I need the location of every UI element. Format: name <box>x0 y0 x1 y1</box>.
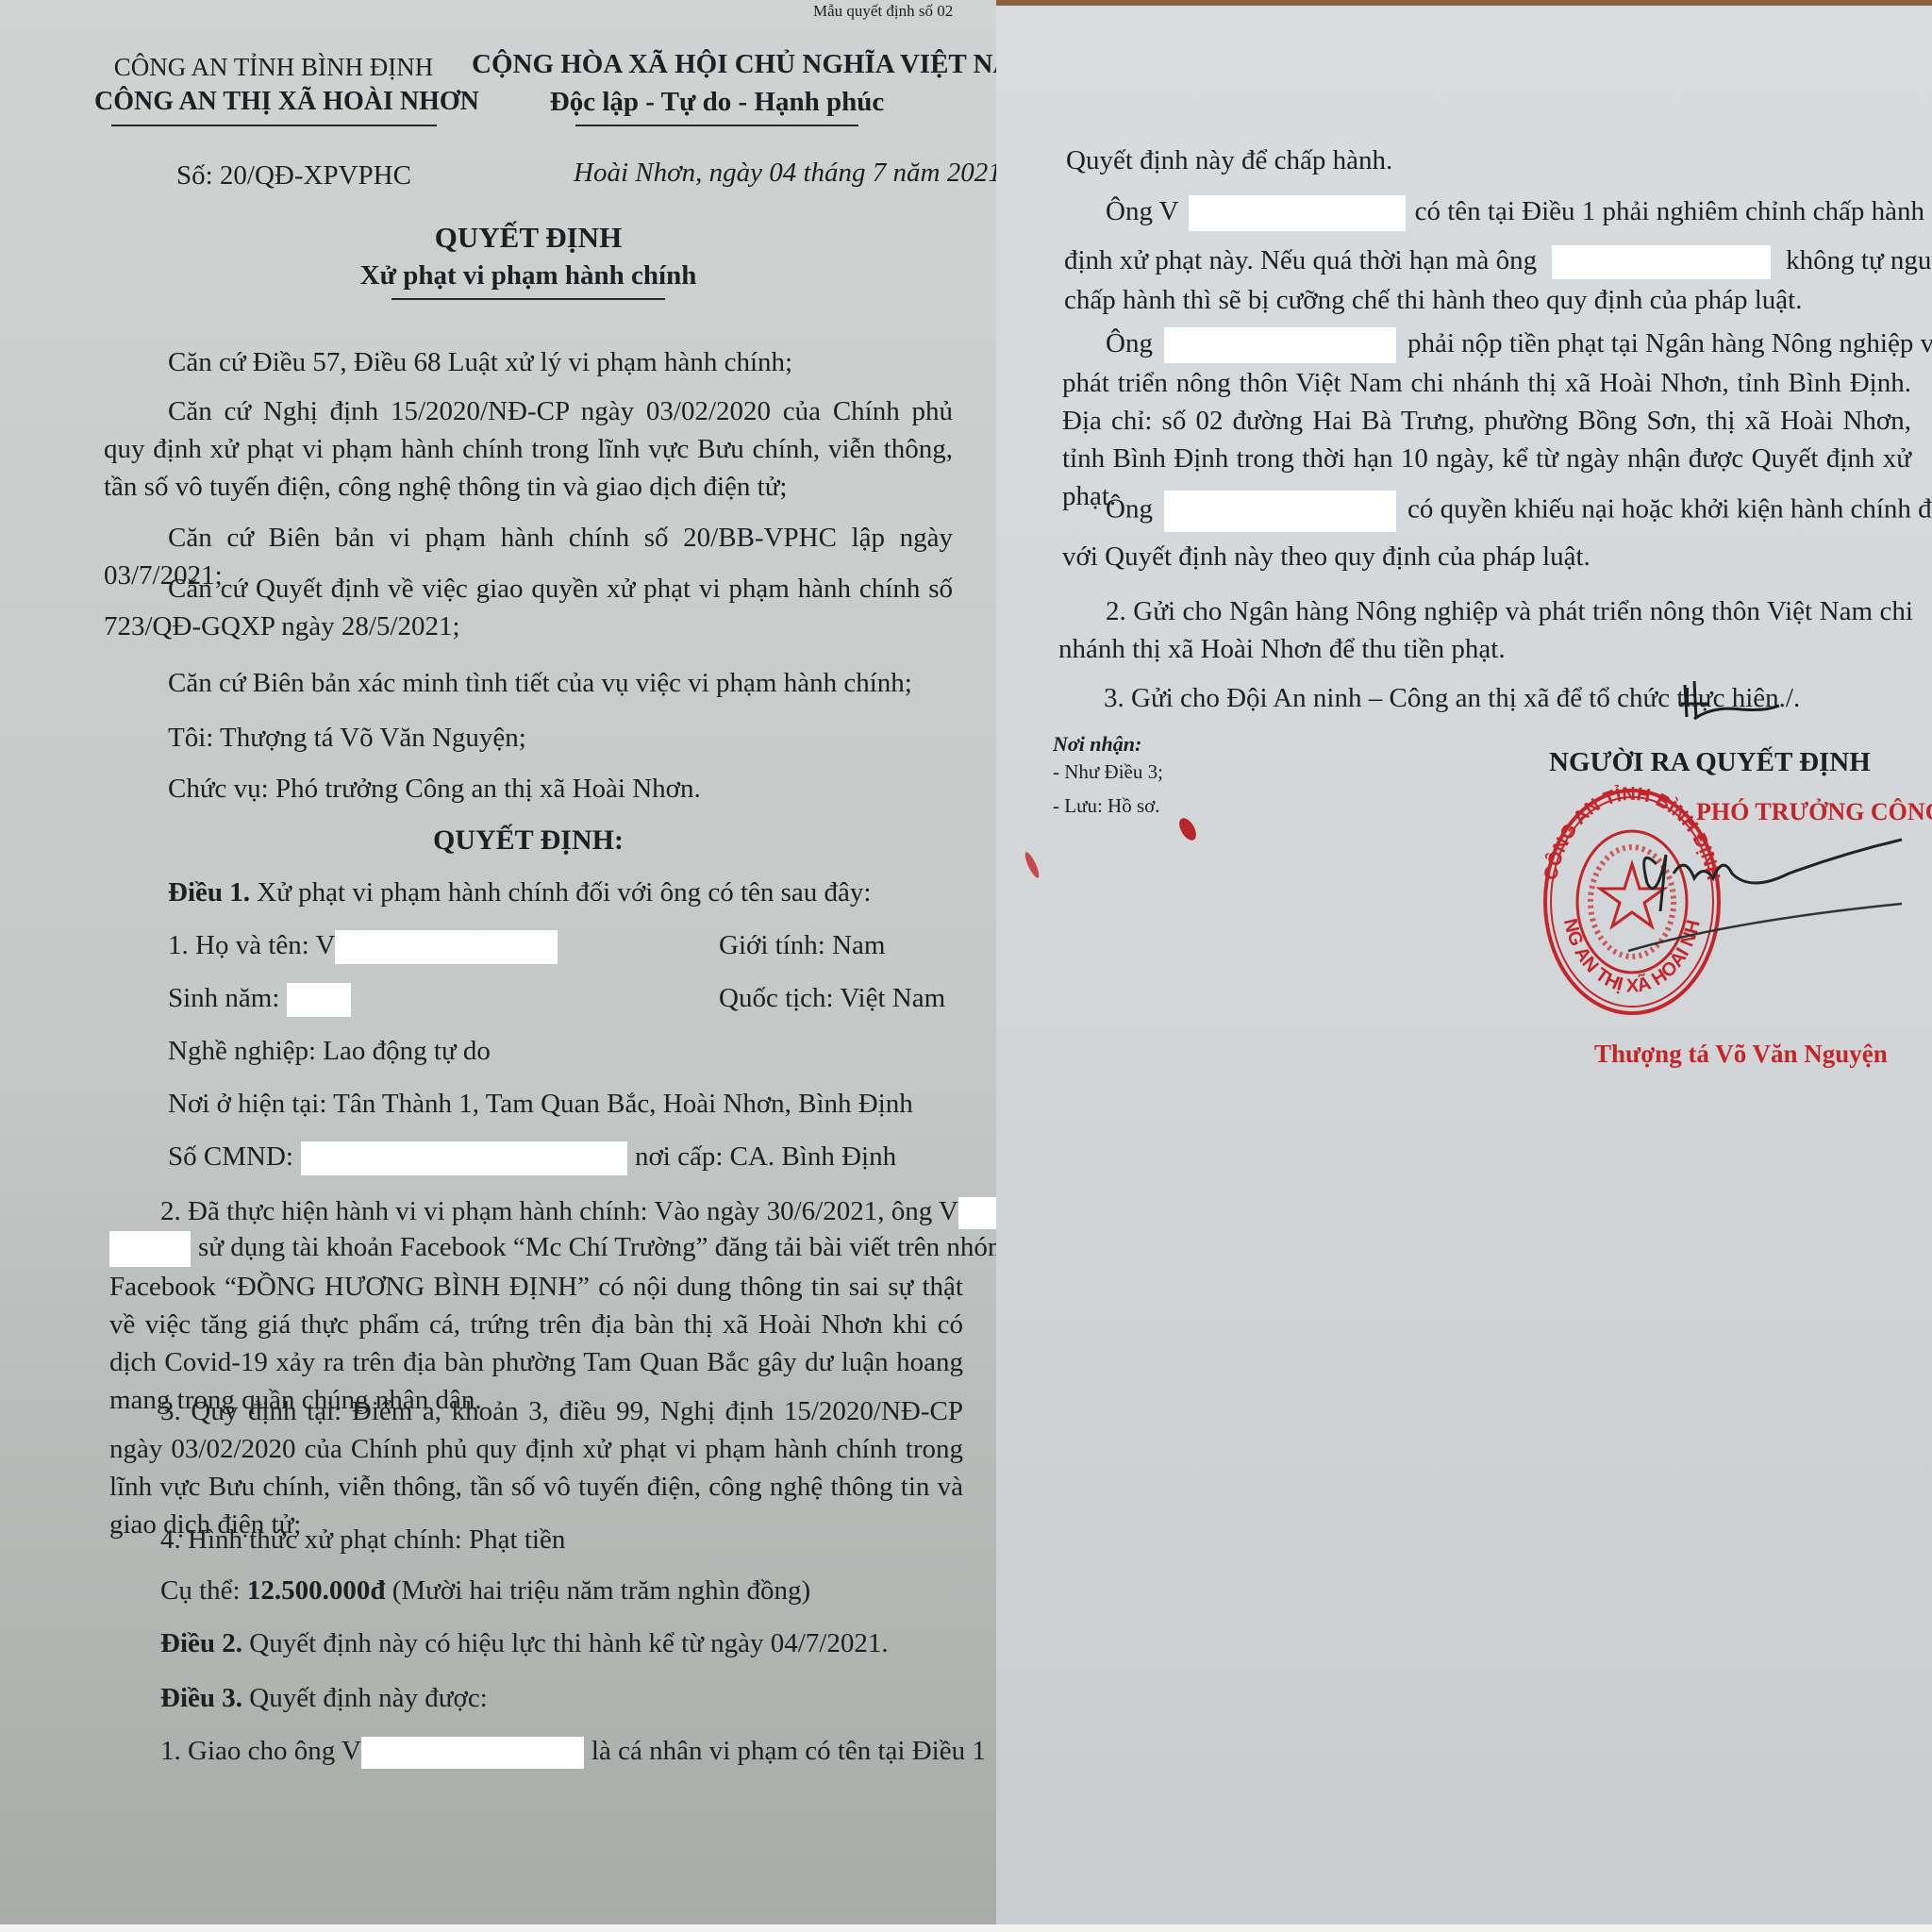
redacted-name-para3 <box>1164 491 1396 532</box>
person-birth-row: Sinh năm: <box>168 981 351 1017</box>
para1-mid: có tên tại Điều 1 phải nghiêm chỉnh chấp… <box>1415 196 1932 226</box>
penalty-words: (Mười hai triệu năm trăm nghìn đồng) <box>392 1575 810 1606</box>
legal-basis-5: Căn cứ Biên bản xác minh tình tiết của v… <box>104 664 953 702</box>
redacted-name-deliver <box>361 1737 584 1769</box>
deliver-suffix: là cá nhân vi phạm có tên tại Điều 1 <box>591 1736 986 1766</box>
article-1-text: Xử phạt vi phạm hành chính đối với ông c… <box>257 877 871 908</box>
national-motto: Độc lập - Tự do - Hạnh phúc <box>491 87 943 118</box>
article-2-label: Điều 2. <box>160 1628 242 1658</box>
article-3-text: Quyết định này được: <box>249 1683 488 1713</box>
violation-line-1-text: 2. Đã thực hiện hành vi vi phạm hành chí… <box>160 1196 958 1226</box>
article-2: Điều 2. Quyết định này có hiệu lực thi h… <box>160 1626 889 1660</box>
person-id-issuer: nơi cấp: CA. Bình Định <box>635 1141 896 1172</box>
signer-position: PHÓ TRƯỞNG CÔNG AN THỊ XÃ <box>1696 798 1932 826</box>
template-note: Mẫu quyết định số 02 <box>813 2 953 21</box>
continuation-text: Quyết định này để chấp hành. <box>1066 143 1392 177</box>
ink-spot <box>1023 851 1041 880</box>
deliver-prefix: 1. Giao cho ông V <box>160 1736 361 1766</box>
signer-name: Thượng tá Võ Văn Nguyện <box>1594 1040 1888 1069</box>
document-title: QUYẾT ĐỊNH <box>283 221 774 255</box>
image-bottom-edge <box>0 1924 1932 1932</box>
redacted-name <box>335 930 558 964</box>
person-occupation: Nghề nghiệp: Lao động tự do <box>168 1034 491 1068</box>
penalty-amount: 12.500.000đ <box>247 1575 386 1606</box>
article-3: Điều 3. Quyết định này được: <box>160 1681 488 1715</box>
violation-line-1: 2. Đã thực hiện hành vi vi phạm hành chí… <box>160 1194 1053 1229</box>
para1-line2-suffix: không tự nguyện <box>1786 245 1932 275</box>
violation-line-2-text: sử dụng tài khoản Facebook “Mc Chí Trườn… <box>198 1232 1008 1262</box>
issuer-position: Chức vụ: Phó trưởng Công an thị xã Hoài … <box>168 772 701 806</box>
article-3-label: Điều 3. <box>160 1683 242 1713</box>
person-birth-label: Sinh năm: <box>168 983 279 1013</box>
left-page: Mẫu quyết định số 02 CÔNG AN TỈNH BÌNH Đ… <box>0 0 996 1924</box>
ink-spot <box>1175 815 1199 843</box>
document-subtitle: Xử phạt vi phạm hành chính <box>283 260 774 291</box>
person-gender: Giới tính: Nam <box>719 928 885 962</box>
person-name-label: 1. Họ và tên: V <box>168 930 335 960</box>
redacted-name-para1b <box>1552 245 1771 279</box>
legal-basis-2: Căn cứ Nghị định 15/2020/NĐ-CP ngày 03/0… <box>104 392 953 506</box>
redacted-name-para1 <box>1189 195 1406 231</box>
article-2-text: Quyết định này có hiệu lực thi hành kể t… <box>249 1628 888 1658</box>
para3-rest: với Quyết định này theo quy định của phá… <box>1062 540 1591 574</box>
para2-prefix: Ông <box>1106 328 1153 358</box>
para1-line1: Ông Vcó tên tại Điều 1 phải nghiêm chỉnh… <box>1106 194 1907 231</box>
violation-line-2: sử dụng tài khoản Facebook “Mc Chí Trườn… <box>109 1230 963 1267</box>
redacted-name-violation-2 <box>109 1231 191 1267</box>
issuer: Tôi: Thượng tá Võ Văn Nguyện; <box>168 721 526 755</box>
legal-basis-4: Căn cứ Quyết định về việc giao quyền xử … <box>104 570 953 645</box>
decision-heading: QUYẾT ĐỊNH: <box>283 824 774 857</box>
agency-name: CÔNG AN THỊ XÃ HOÀI NHƠN <box>94 87 453 117</box>
para1-prefix: Ông V <box>1106 196 1179 226</box>
legal-basis-1: Căn cứ Điều 57, Điều 68 Luật xử lý vi ph… <box>104 343 953 381</box>
penalty-form: 4. Hình thức xử phạt chính: Phạt tiền <box>160 1523 565 1557</box>
regulation: 3. Quy định tại: Điểm a, khoản 3, điều 9… <box>109 1392 963 1543</box>
para1-line2: định xử phạt này. Nếu quá thời hạn mà ôn… <box>1064 243 1904 279</box>
national-title: CỘNG HÒA XÃ HỘI CHỦ NGHĨA VIỆT NAM <box>472 49 962 80</box>
person-residence: Nơi ở hiện tại: Tân Thành 1, Tam Quan Bắ… <box>168 1087 913 1121</box>
agency-underline <box>111 125 437 126</box>
signature-icon <box>1619 826 1911 958</box>
penalty-prefix: Cụ thể: <box>160 1575 241 1606</box>
deliver-row: 1. Giao cho ông Vlà cá nhân vi phạm có t… <box>160 1734 986 1769</box>
redacted-name-para2 <box>1164 327 1396 363</box>
agency-parent: CÔNG AN TỈNH BÌNH ĐỊNH <box>104 53 443 82</box>
para3-mid: có quyền khiếu nại hoặc khởi kiện hành c… <box>1407 494 1932 525</box>
person-name-row: 1. Họ và tên: V <box>168 928 558 964</box>
document-number: Số: 20/QĐ-XPVPHC <box>176 158 411 192</box>
para3-prefix: Ông <box>1106 494 1153 525</box>
motto-underline <box>575 125 858 126</box>
place-date: Hoài Nhơn, ngày 04 tháng 7 năm 2021 <box>574 156 1002 190</box>
article3-item-2: 2. Gửi cho Ngân hàng Nông nghiệp và phát… <box>1058 592 1913 668</box>
recipient-1: - Như Điều 3; <box>1053 760 1163 784</box>
person-id-row: Số CMND:nơi cấp: CA. Bình Định <box>168 1140 896 1175</box>
right-page: Quyết định này để chấp hành. Ông Vcó tên… <box>996 0 1932 1930</box>
para2-line1: Ôngphải nộp tiền phạt tại Ngân hàng Nông… <box>1106 326 1907 363</box>
para1-line2-prefix: định xử phạt này. Nếu quá thời hạn mà ôn… <box>1064 245 1537 275</box>
article-1-label: Điều 1. <box>168 877 250 908</box>
person-id-label: Số CMND: <box>168 1141 293 1172</box>
para1-line3: chấp hành thì sẽ bị cưỡng chế thi hành t… <box>1064 283 1802 317</box>
person-nationality: Quốc tịch: Việt Nam <box>719 981 945 1015</box>
recipient-2: - Lưu: Hồ sơ. <box>1053 794 1159 818</box>
penalty-amount-row: Cụ thể: 12.500.000đ (Mười hai triệu năm … <box>160 1574 810 1607</box>
initials-mark <box>1675 677 1789 730</box>
redacted-id-number <box>301 1141 627 1175</box>
recipients-title: Nơi nhận: <box>1053 732 1141 757</box>
subtitle-underline <box>391 298 665 300</box>
redacted-birth-year <box>287 983 351 1017</box>
article-1: Điều 1. Xử phạt vi phạm hành chính đối v… <box>168 875 871 909</box>
para3-line1: Ôngcó quyền khiếu nại hoặc khởi kiện hàn… <box>1106 491 1907 532</box>
para2-mid: phải nộp tiền phạt tại Ngân hàng Nông ng… <box>1407 328 1932 358</box>
